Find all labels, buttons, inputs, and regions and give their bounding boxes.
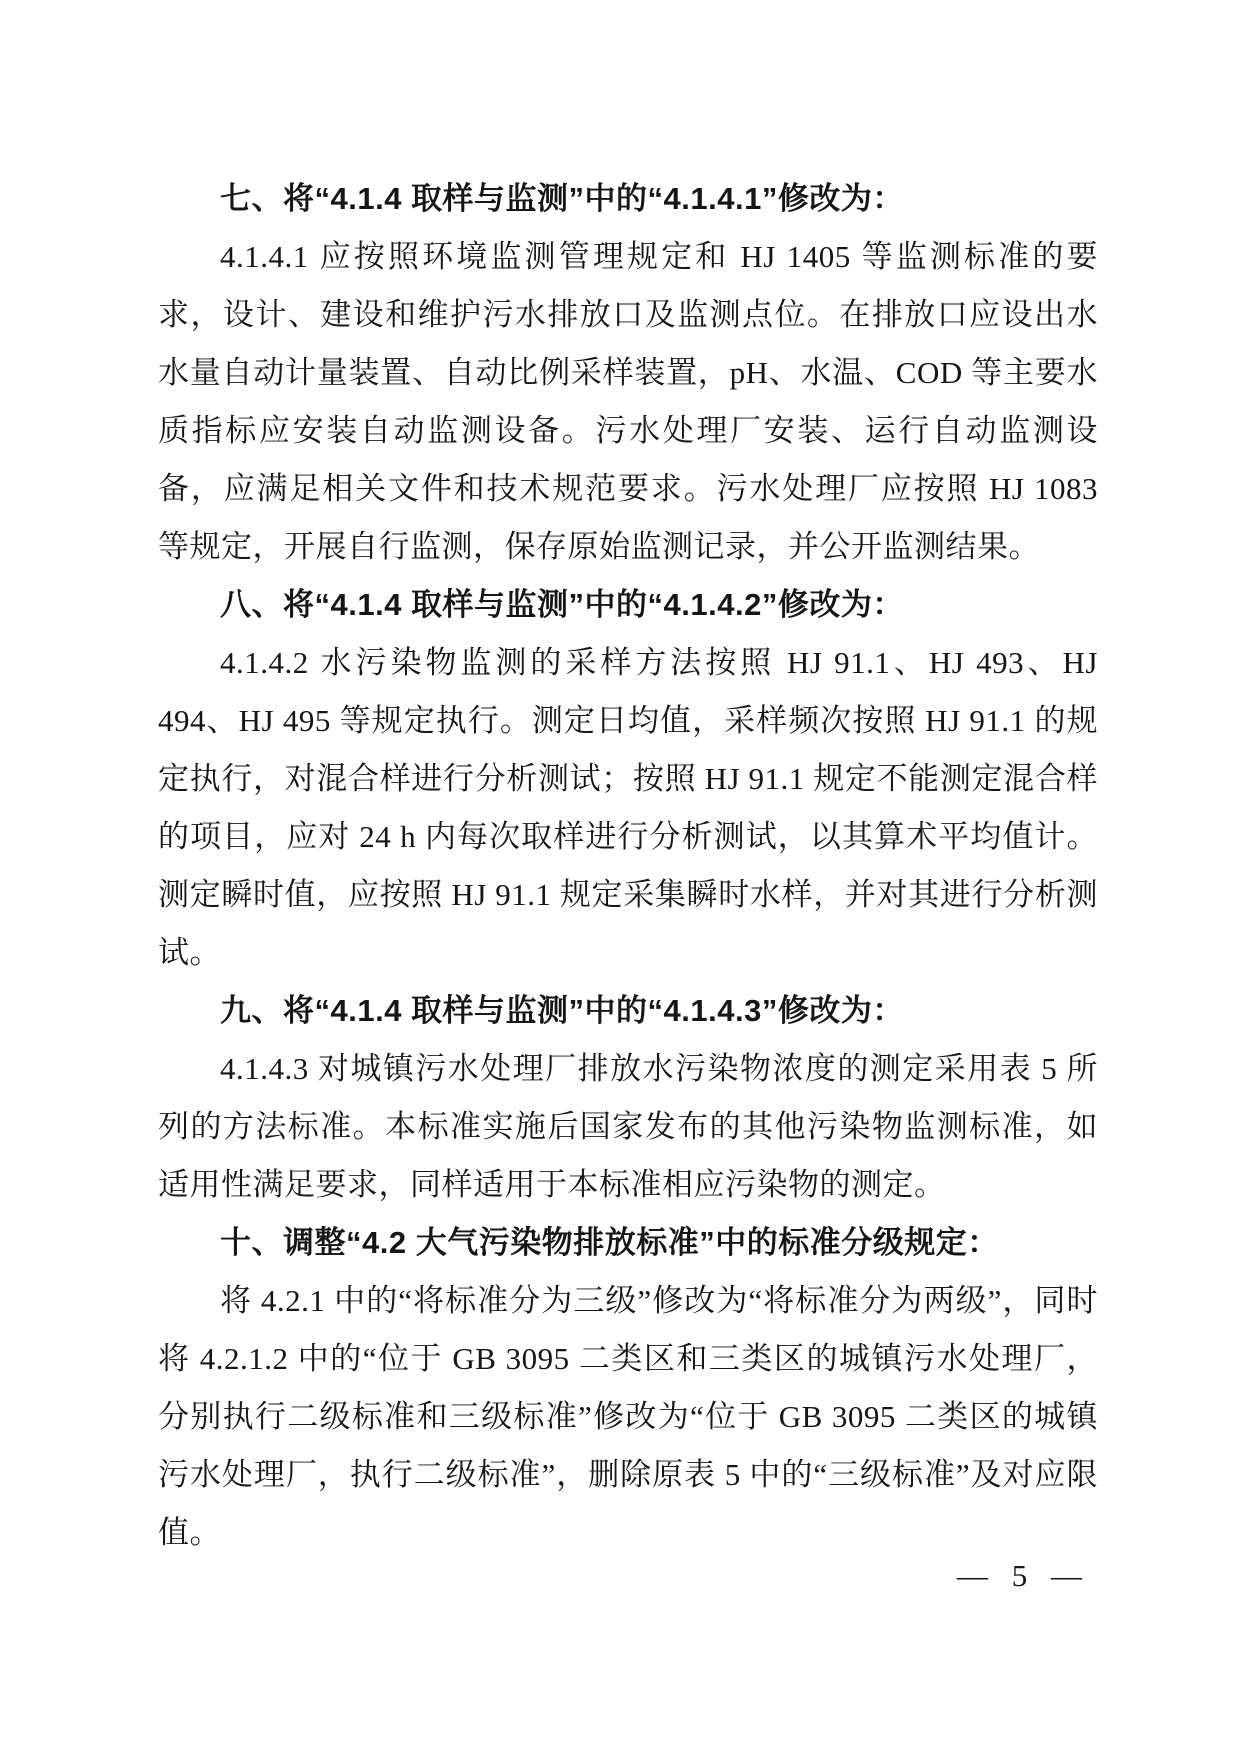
paragraph-4-1-4-3: 4.1.4.3 对城镇污水处理厂排放水污染物浓度的测定采用表 5 所列的方法标准… [158,1040,1098,1214]
section-heading-9: 九、将“4.1.4 取样与监测”中的“4.1.4.3”修改为： [158,982,1098,1040]
section-heading-10: 十、调整“4.2 大气污染物排放标准”中的标准分级规定： [158,1214,1098,1272]
paragraph-4-1-4-1: 4.1.4.1 应按照环境监测管理规定和 HJ 1405 等监测标准的要求，设计… [158,228,1098,576]
document-page: 七、将“4.1.4 取样与监测”中的“4.1.4.1”修改为： 4.1.4.1 … [0,0,1240,1753]
page-number: — 5 — [957,1556,1082,1596]
document-body: 七、将“4.1.4 取样与监测”中的“4.1.4.1”修改为： 4.1.4.1 … [158,170,1098,1562]
section-heading-8: 八、将“4.1.4 取样与监测”中的“4.1.4.2”修改为： [158,576,1098,634]
paragraph-4-1-4-2: 4.1.4.2 水污染物监测的采样方法按照 HJ 91.1、HJ 493、HJ … [158,634,1098,982]
paragraph-4-2-standard-levels: 将 4.2.1 中的“将标准分为三级”修改为“将标准分为两级”，同时将 4.2.… [158,1272,1098,1562]
section-heading-7: 七、将“4.1.4 取样与监测”中的“4.1.4.1”修改为： [158,170,1098,228]
